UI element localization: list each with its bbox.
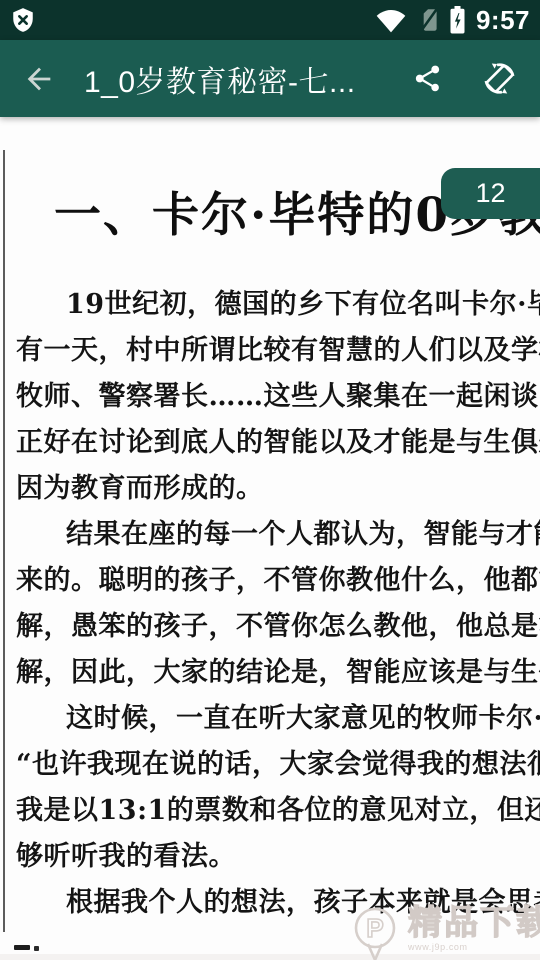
text-line: 解，愚笨的孩子，不管你怎么教他，他总是没有 (0, 604, 540, 650)
reader-page[interactable]: 一、卡尔·毕特的0岁教育 19世纪初，德国的乡下有位名叫卡尔·毕特的 有一天，村… (0, 117, 540, 960)
wifi-icon (375, 7, 407, 33)
text-line: 这时候，一直在听大家意见的牧师卡尔·毕特 (0, 696, 540, 742)
text-line: 我是以13:1的票数和各位的意见对立，但还是请 (0, 788, 540, 834)
cutoff-character-fragment (14, 945, 30, 950)
text-line: 来的。聪明的孩子，不管你教他什么，他都能迅 (0, 558, 540, 604)
status-bar: 9:57 (0, 0, 540, 40)
rotate-screen-button[interactable] (477, 56, 522, 101)
text-line: “也许我现在说的话，大家会觉得我的想法很怪异 (0, 742, 540, 788)
status-time: 9:57 (476, 5, 530, 36)
screen-rotation-icon (481, 60, 518, 97)
text-line: 正好在讨论到底人的智能以及才能是与生俱来的 (0, 420, 540, 466)
app-bar: 1_0岁教育秘密-七... (0, 40, 540, 117)
text-line: 够听听我的看法。 (0, 834, 540, 880)
battery-charging-icon (449, 6, 466, 34)
text-line: 因为教育而形成的。 (0, 466, 540, 512)
no-sim-icon (417, 6, 439, 34)
page-number-badge[interactable]: 12 (441, 168, 540, 219)
watermark-logo-letter: P (366, 913, 383, 943)
body-text: 19世纪初，德国的乡下有位名叫卡尔·毕特的 有一天，村中所谓比较有智慧的人们以及… (0, 282, 540, 926)
text-line: 19世纪初，德国的乡下有位名叫卡尔·毕特的 (0, 282, 540, 328)
text-line: 结果在座的每一个人都认为，智能与才能是 (0, 512, 540, 558)
back-button[interactable] (18, 58, 60, 100)
text-line: 解，因此，大家的结论是，智能应该是与生俱来 (0, 650, 540, 696)
text-line: 有一天，村中所谓比较有智慧的人们以及学校的 (0, 328, 540, 374)
vpn-shield-x-icon (10, 7, 36, 33)
share-button[interactable] (408, 59, 447, 98)
watermark-pin-icon: P (350, 906, 400, 960)
watermark-text: 精品下载 (408, 906, 540, 942)
share-icon (412, 63, 443, 94)
watermark: P 精品下载 www.j9p.com (350, 906, 540, 960)
text-line: 牧师、警察署长……这些人聚集在一起闲谈，当 (0, 374, 540, 420)
document-title: 1_0岁教育秘密-七... (84, 57, 408, 101)
watermark-url: www.j9p.com (408, 942, 540, 952)
back-arrow-icon (22, 62, 56, 96)
